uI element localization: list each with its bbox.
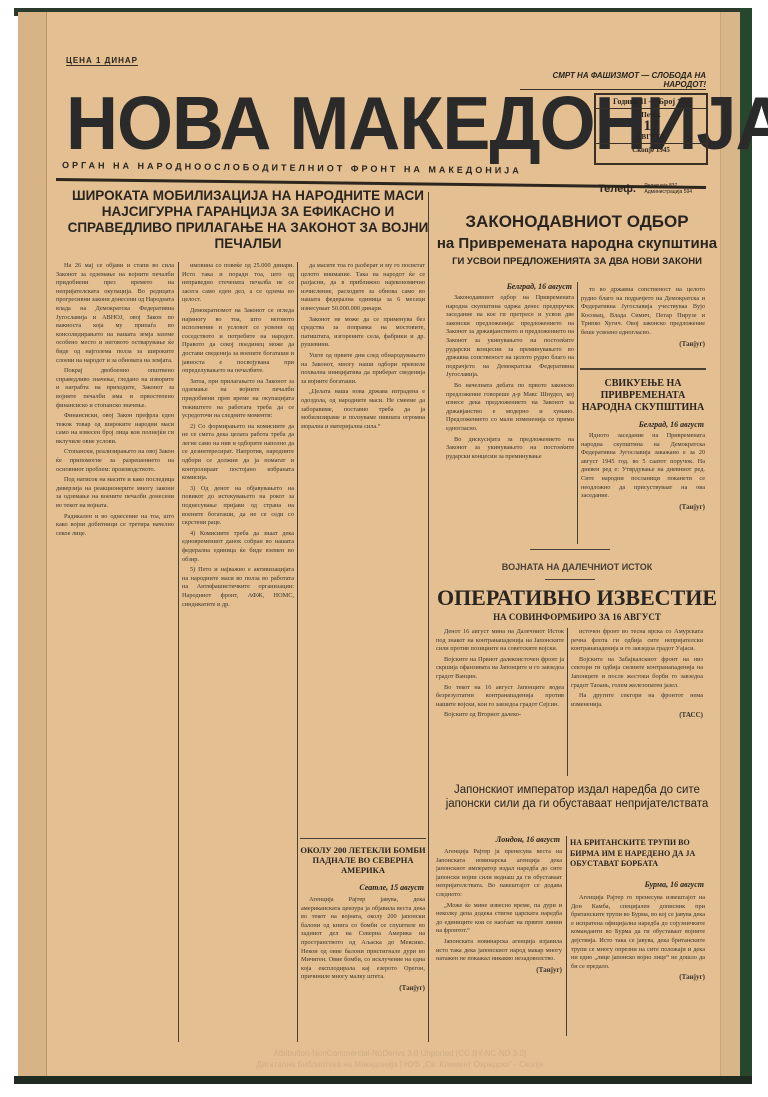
article-divider xyxy=(580,368,706,370)
paragraph: „Може ќе мине извесно време, па дури и н… xyxy=(436,902,562,936)
emperor-source: (Танјуг) xyxy=(436,966,562,975)
library-line: Дигитална Библиотека на Македонија | НУБ… xyxy=(170,1059,630,1070)
convocation-source: (Танјуг) xyxy=(581,503,705,512)
paragraph: На другите сектори на фронтот нема измен… xyxy=(571,692,703,709)
committee-column-1: Законодавниот одбор на Привремената наро… xyxy=(446,294,574,544)
fareast-source: (ТАСС) xyxy=(571,711,703,720)
paragraph: Војските на Првиот далекоисточен фронт ј… xyxy=(436,656,564,682)
paragraph: да масите тоа го разберат и му го посвет… xyxy=(301,262,425,314)
paragraph: Агенција Рајтер јавува, дека американска… xyxy=(301,896,425,982)
binding-spine xyxy=(18,12,47,1078)
committee-headline: на Привремената народна скупштина xyxy=(432,235,722,253)
scan-border-right xyxy=(740,8,752,1083)
paragraph: Во дискусијата за предложението на Закон… xyxy=(446,436,574,462)
burma-headline: НА БРИТАНСКИТЕ ТРУПИ ВО БИРМА ИМ Е НАРЕД… xyxy=(570,838,706,870)
paragraph: Агенција Рајтер ја пренесува веста на Ја… xyxy=(436,848,562,900)
paragraph: источен фронт во тесна врска со Амурскат… xyxy=(571,628,703,654)
paragraph: Стопански, реализирањето на овој Закон ќ… xyxy=(56,448,174,474)
committee-subhead: ГИ УСВОИ ПРЕДЛОЖЕНИЯТА ЗА ДВА НОВИ ЗАКОН… xyxy=(432,256,722,268)
paragraph: Законот не може да се применува без сред… xyxy=(301,316,425,350)
bombs-dateline: Сеатле, 15 август xyxy=(300,883,424,892)
kicker-rule xyxy=(545,579,595,580)
issue-day: 17 xyxy=(596,119,706,133)
convocation-headline: СВИКУЕЊЕ НА ПРИВРЕМЕНАТА НАРОДНА СКУПШТИ… xyxy=(580,378,706,414)
paragraph: Агенција Рајтер го пренесува извештајот … xyxy=(571,894,705,971)
paragraph: Во текот на 16 август Јапонците водеа бе… xyxy=(436,684,564,710)
lead-column-1: На 26 мај се објави и стапи во сила Зако… xyxy=(56,262,174,1042)
emperor-dateline: Лондон, 16 август xyxy=(432,835,560,844)
committee-source: (Танјуг) xyxy=(581,340,705,349)
newspaper-title: НОВА МАКЕДОНИЈА xyxy=(66,82,576,166)
article-divider xyxy=(530,549,610,550)
paragraph: Идното заседание на Привремената народна… xyxy=(581,432,705,501)
price-label: ЦЕНА 1 ДИНАР xyxy=(66,56,138,66)
convocation-body-column: Идното заседание на Привремената народна… xyxy=(581,432,705,544)
lead-headline: ШИРОКАТА МОБИЛИЗАЦИЈА НА НАРОДНИТЕ МАСИ … xyxy=(58,188,438,252)
issue-info-box: Година II — Број 190 Петок 17 АВГУСТ Ско… xyxy=(594,93,708,165)
paragraph: „Целата наша нова држава изградена е одо… xyxy=(301,388,425,431)
paragraph: Во начелната дебата по првото законско п… xyxy=(446,382,574,434)
paragraph: Денот 16 август мина на Далечниот Исток … xyxy=(436,628,564,654)
paragraph: Јапонската новинарска агенција изјавила … xyxy=(436,938,562,964)
emperor-headline: Јапонскиот император издал наредба до си… xyxy=(432,783,722,811)
paragraph: Покрај двобоенно општвено справедливо зн… xyxy=(56,367,174,410)
column-divider xyxy=(428,192,429,1042)
convocation-dateline: Белград, 16 август xyxy=(580,420,704,429)
fareast-headline: ОПЕРАТИВНО ИЗВЕСТИЕ xyxy=(432,585,722,611)
phone-label: Телеф. xyxy=(598,183,636,195)
fareast-subhead: НА СОВИНФОРМБИРО ЗА 16 АВГУСТ xyxy=(432,612,722,623)
license-watermark: Attribution-NonCommercial-NoDerivs 3.0 U… xyxy=(170,1048,630,1070)
fareast-column-2: источен фронт во тесна врска со Амурскат… xyxy=(571,628,703,778)
lead-column-3: да масите тоа го разберат и му го посвет… xyxy=(301,262,425,832)
column-divider xyxy=(178,262,179,1042)
phone-info: Телеф. Редакција 837 Администрација 594 xyxy=(598,180,692,198)
committee-dateline: Белград, 16 август xyxy=(432,282,572,291)
license-line: Attribution-NonCommercial-NoDerivs 3.0 U… xyxy=(170,1048,630,1059)
issue-year-number: Година II — Број 190 xyxy=(596,95,706,109)
column-divider xyxy=(567,628,568,776)
paragraph: На 26 мај се објави и стапи во сила Зако… xyxy=(56,262,174,365)
committee-kicker: ЗАКОНОДАВНИОТ ОДБОР xyxy=(432,212,722,232)
issue-month: АВГУСТ xyxy=(596,133,706,144)
paragraph: то во државна сопственост на целото рудн… xyxy=(581,286,705,338)
burma-dateline: Бурма, 16 август xyxy=(570,880,704,889)
scan-border-bottom xyxy=(14,1076,752,1084)
bombs-body-column: Агенција Рајтер јавува, дека американска… xyxy=(301,896,425,1026)
column-divider xyxy=(577,282,578,544)
fareast-column-1: Денот 16 август мина на Далечниот Исток … xyxy=(436,628,564,778)
column-divider xyxy=(297,262,298,1042)
committee-column-2: то во државна сопственост на целото рудн… xyxy=(581,286,705,366)
paragraph: Радикален и во однесение на тоа, што как… xyxy=(56,513,174,539)
column-divider xyxy=(566,836,567,1036)
paragraph: Под натисок на масите и како последица д… xyxy=(56,476,174,510)
lead-column-2: имовина со повеќе од 25.000 динари. Исто… xyxy=(182,262,294,1042)
paragraph: Војските на Забајкалскиот фронт на низ с… xyxy=(571,656,703,690)
phone-line-admin: Администрација 594 xyxy=(644,189,692,195)
paragraph: Финансиски, овој Закон префрла еден тежо… xyxy=(56,412,174,446)
burma-body-column: Агенција Рајтер го пренесува извештајот … xyxy=(571,894,705,1044)
burma-source: (Танјуг) xyxy=(571,973,705,982)
bombs-headline: ОКОЛУ 200 ЛЕТЕКЛИ БОМБИ ПАДНАЛЕ ВО СЕВЕР… xyxy=(300,845,426,875)
paragraph: 2) Со формирањето на комисиите да не се … xyxy=(182,423,294,483)
paragraph: Демократизмот на Законот се огледа најмн… xyxy=(182,307,294,376)
paragraph: Затоа, при прилагањето на Законот за одз… xyxy=(182,378,294,421)
paragraph: Уште од првите дни след обнародувањето н… xyxy=(301,352,425,386)
paragraph: 3) Од денот на објавувањето на повикот д… xyxy=(182,485,294,528)
paragraph: Војските од Вториот далеко- xyxy=(436,711,564,720)
paragraph: 4) Комисиите треба да знаат дека едновре… xyxy=(182,530,294,564)
paragraph: имовина со повеќе од 25.000 динари. Исто… xyxy=(182,262,294,305)
emperor-body-column: Агенција Рајтер ја пренесува веста на Ја… xyxy=(436,848,562,1038)
issue-place-year: Скопје 1945 xyxy=(596,144,706,154)
article-divider xyxy=(300,838,426,839)
paragraph: Законодавниот одбор на Привремената наро… xyxy=(446,294,574,380)
fareast-kicker: ВОЈНАТА НА ДАЛЕЧНИОТ ИСТОК xyxy=(432,562,722,573)
paragraph: 5) Пето и најважно е активизацијата на н… xyxy=(182,566,294,609)
bombs-source: (Танјуг) xyxy=(301,984,425,993)
